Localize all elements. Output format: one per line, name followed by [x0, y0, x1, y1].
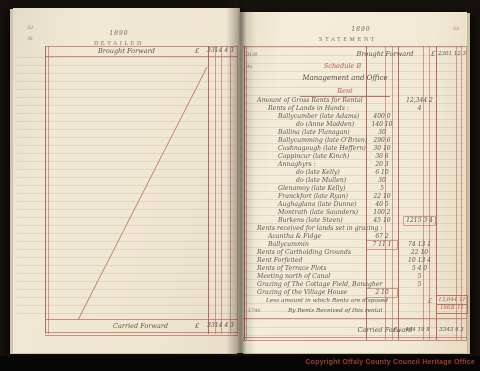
row-amount-item: [367, 265, 397, 273]
row-amount-item: 290 6: [367, 137, 397, 145]
row-amount-subtotal: [404, 177, 435, 185]
ledger-row: Ballina (late Flanagan) 30: [240, 129, 467, 137]
ledger-row: Rents of Lands in Hands :: [240, 105, 467, 113]
row-amount-item: [367, 225, 397, 233]
row-amount-subtotal: [404, 185, 435, 193]
row-amount-item: [367, 273, 397, 281]
left-brought-forward-currency: £: [195, 47, 199, 55]
row-amount-item: 6 10: [367, 169, 397, 177]
ledger-row: Aughaglana (late Dunne) 40 5: [240, 201, 467, 209]
row-label: Rents of Cartholding Grounds: [257, 249, 351, 257]
row-amount-subtotal: [404, 137, 435, 145]
row-label: Amount of Gross Rents for Rental: [257, 97, 363, 105]
right-year: 1890: [240, 26, 480, 33]
right-brought-forward-label: Brought Forward: [340, 50, 430, 58]
row-label: Rents of Lands in Hands :: [268, 105, 349, 113]
ledger-row: Rents of Cartholding Grounds 22 10: [240, 249, 467, 257]
row-amount-subtotal: 10 13 4: [404, 257, 435, 265]
row-amount-item: 100 2: [367, 209, 397, 217]
ledger-row: Ballycumber (late Adams) 400 0: [240, 113, 467, 121]
ledger-row: Annaghyrs : 20 3: [240, 161, 467, 169]
left-brought-forward-label: Brought Forward: [98, 47, 183, 55]
row-amount-item: 45 10: [367, 217, 397, 225]
row-amount-subtotal: 1215 3 4: [404, 217, 435, 225]
row-label: Rent Forfeited: [257, 257, 302, 265]
copyright-text: Copyright Offaly County Council Heritage…: [305, 359, 475, 366]
right-carried-forward-amount-2: 3343 4 3: [437, 326, 466, 334]
less-amount-2: 166 1 11: [437, 304, 467, 312]
ledger-row: Meeting north of Canal 5: [240, 273, 467, 281]
row-label: do (late Kelly): [296, 169, 340, 177]
row-label: Ballina (late Flanagan): [278, 129, 350, 137]
row-amount-subtotal: [404, 209, 435, 217]
left-rule-footer: [45, 319, 238, 320]
row-amount-item: 140 10: [367, 121, 397, 129]
ledger-row: do (late Kelly) 6 10: [240, 169, 467, 177]
subsection-title: Rent: [300, 87, 390, 97]
ledger-row: Acantha & Fidge 67 2: [240, 233, 467, 241]
row-amount-subtotal: [404, 145, 435, 153]
left-cash-rule-2: [215, 46, 216, 334]
row-amount-item: 30: [367, 177, 397, 185]
row-amount-item: 20 3: [367, 161, 397, 169]
row-amount-item: 67 2: [367, 233, 397, 241]
row-label: Ballycumming (late O'Brien): [278, 137, 367, 145]
row-amount-subtotal: 5: [404, 281, 435, 289]
ledger-row: Grazing of The Cottage Field, Banagher 5: [240, 281, 467, 289]
row-label: Ballycummin: [268, 241, 309, 249]
row-label: Burkens (late Steen): [278, 217, 343, 225]
right-page-title: STATEMENT: [240, 37, 456, 43]
row-amount-subtotal: 22 10: [404, 249, 435, 257]
less-currency: £: [428, 297, 432, 305]
row-amount-item: [367, 257, 397, 265]
left-carried-forward-amount: 3314 4 3: [204, 322, 237, 330]
left-cash-rule-1: [208, 46, 209, 334]
ledger-row: Rent Forfeited 10 13 4: [240, 257, 467, 265]
less-label: Less amount in which Rents are disposed: [266, 298, 388, 304]
row-label: Ballycumber (late Adams): [278, 113, 359, 121]
margin-note-3: 1746: [248, 308, 261, 314]
row-amount-subtotal: 5 4 0: [404, 265, 435, 273]
right-carried-forward-amount-1: 494 19 8: [401, 326, 434, 334]
row-label: Montrath (late Saunders): [278, 209, 358, 217]
row-amount-item: 22 10: [367, 193, 397, 201]
left-feint-ruling: [17, 57, 236, 319]
row-label: Rents received for lands set in grazing …: [257, 225, 383, 233]
row-amount-item: [367, 249, 397, 257]
ledger-row: Grazing of the Village House 2 10: [240, 289, 467, 297]
left-margin-rule-b: [48, 46, 49, 334]
ledger-row: Franckfort (late Ryan) 22 10: [240, 193, 467, 201]
row-amount-subtotal: [404, 193, 435, 201]
left-rule-bottom-a: [45, 332, 238, 333]
row-label: Glenamoy (late Kelly): [278, 185, 346, 193]
right-brought-forward-currency: £: [431, 50, 435, 58]
ledger-row: Montrath (late Saunders) 100 2: [240, 209, 467, 217]
copyright-bar: Copyright Offaly County Council Heritage…: [0, 356, 480, 371]
row-label: Acantha & Fidge: [268, 233, 321, 241]
row-amount-subtotal: [404, 225, 435, 233]
row-amount-subtotal: [404, 105, 435, 113]
right-carried-forward-currency: £: [393, 326, 397, 334]
row-amount-subtotal: [404, 129, 435, 137]
row-label: do (Anne Madden): [296, 121, 354, 129]
ledger-row: Rents of Terrace Plots 5 4 0: [240, 265, 467, 273]
right-page-number: 33: [453, 26, 459, 32]
row-amount-subtotal: [404, 169, 435, 177]
row-amount-subtotal: [404, 289, 435, 297]
ledger-row: Burkens (late Steen) 45 10 1215 3 4: [240, 217, 467, 225]
less-totals-box: 13,644 11 1 166 1 11: [436, 295, 468, 314]
row-amount-item: 30: [367, 129, 397, 137]
row-label: Rents of Terrace Plots: [257, 265, 326, 273]
row-amount-subtotal: [404, 161, 435, 169]
section-title: Management and Office: [285, 74, 405, 82]
ledger-row: Ballycummin 7 11 1 74 13 1: [240, 241, 467, 249]
row-label: Franckfort (late Ryan): [278, 193, 348, 201]
ledger-photo: 32 № 1890 DETAILED Brought Forward £ 331…: [0, 0, 480, 371]
row-label: Grazing of the Village House: [257, 289, 347, 297]
ledger-row: Ballycumming (late O'Brien) 290 6: [240, 137, 467, 145]
schedule-title: Schedule B: [300, 62, 385, 70]
row-amount-item: 400 0: [367, 113, 397, 121]
row-amount-item: 7 11 1: [367, 241, 397, 249]
row-label: do (late Mullen): [296, 177, 346, 185]
margin-note-1: 31/8: [246, 52, 257, 58]
ledger-row: do (late Mullen) 30: [240, 177, 467, 185]
row-amount-item: [367, 97, 397, 105]
left-cash-rule-4: [230, 46, 231, 334]
ledger-row: Rents received for lands set in grazing …: [240, 225, 467, 233]
left-cash-rule-5: [237, 46, 238, 334]
row-label: Cappincur (late Kinch): [278, 153, 349, 161]
left-rule-bottom-b: [45, 335, 238, 336]
net-label: By Rents Received of this rental: [288, 308, 382, 314]
row-amount-item: 40 5: [367, 201, 397, 209]
row-label: Aughaglana (late Dunne): [278, 201, 357, 209]
row-amount-subtotal: [404, 233, 435, 241]
row-amount-item: 30 10: [367, 145, 397, 153]
row-amount-subtotal: [404, 121, 435, 129]
left-margin-rule-a: [45, 46, 46, 334]
row-label: Grazing of The Cottage Field, Banagher: [257, 281, 382, 289]
row-amount-item: [367, 105, 397, 113]
ledger-row: Glenamoy (late Kelly) 5: [240, 185, 467, 193]
left-page: 32 № 1890 DETAILED Brought Forward £ 331…: [13, 8, 240, 353]
row-amount-subtotal: 74 13 1: [404, 241, 435, 249]
ledger-row: Amount of Gross Rents for Rental 12,344 …: [240, 97, 467, 105]
row-amount-item: 5: [367, 185, 397, 193]
left-rule-band: [45, 56, 238, 57]
left-year: 1890: [13, 30, 225, 37]
left-cash-rule-3: [221, 46, 222, 334]
ledger-row: Cushnagough (late Heffern) 30 10: [240, 145, 467, 153]
row-label: Cushnagough (late Heffern): [278, 145, 366, 153]
left-carried-forward-currency: £: [195, 322, 199, 330]
right-brought-forward-amount: 2301 12 3: [438, 50, 466, 58]
ledger-row: do (Anne Madden) 140 10: [240, 121, 467, 129]
row-label: Meeting north of Canal: [257, 273, 330, 281]
row-amount-item: 2 10: [367, 289, 397, 297]
row-amount-item: [367, 281, 397, 289]
right-rule-footer: [243, 318, 467, 319]
row-amount-subtotal: 12,344 2 4: [404, 97, 435, 105]
row-amount-subtotal: 5: [404, 273, 435, 281]
right-page: 1890 33 STATEMENT 31/8 do 1746 Brought F…: [240, 12, 467, 353]
row-label: Annaghyrs :: [278, 161, 316, 169]
row-amount-subtotal: [404, 113, 435, 121]
ledger-row: Cappincur (late Kinch) 30 6: [240, 153, 467, 161]
margin-note-2: do: [246, 64, 252, 70]
right-rule-top: [243, 46, 467, 47]
right-rule-bottom-b: [243, 340, 467, 341]
left-carried-forward-label: Carried Forward: [113, 322, 198, 330]
row-amount-subtotal: [404, 153, 435, 161]
right-rule-bottom-a: [243, 337, 467, 338]
row-amount-item: 30 6: [367, 153, 397, 161]
row-amount-subtotal: [404, 201, 435, 209]
